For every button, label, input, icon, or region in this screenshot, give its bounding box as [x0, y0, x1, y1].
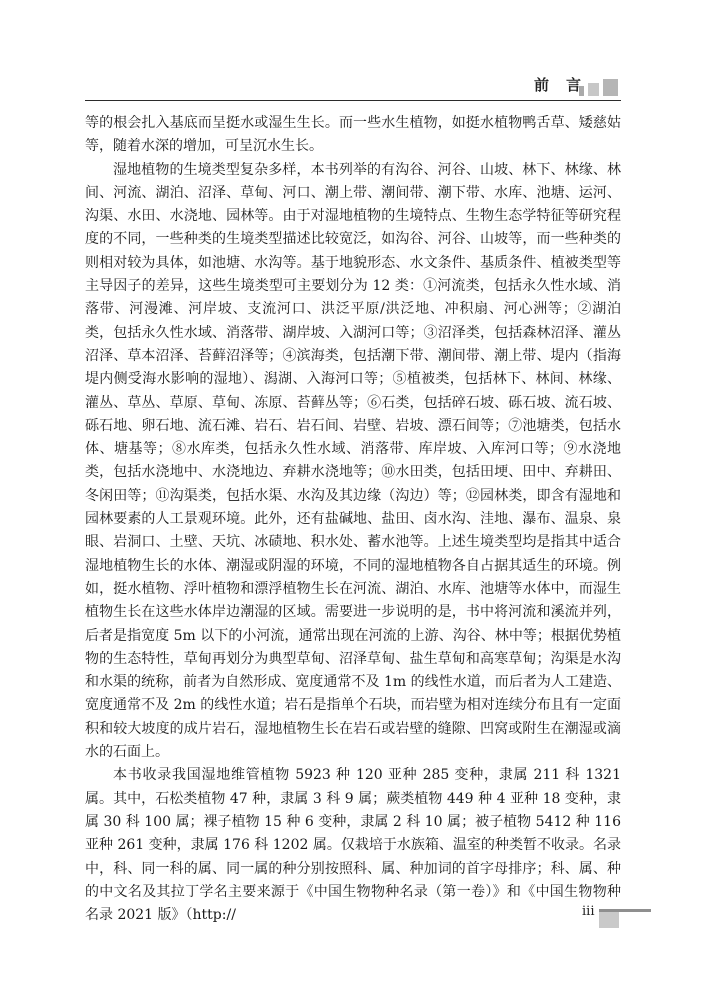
decoration-square-small [579, 86, 584, 96]
header-rule [85, 100, 621, 101]
preface-page: 前 言 等的根会扎入基底而呈挺水或湿生生长。而一些水生植物，如挺水植物鸭舌草、矮… [0, 0, 706, 982]
preface-body: 等的根会扎入基底而呈挺水或湿生生长。而一些水生植物，如挺水植物鸭舌草、矮慈姑等，… [85, 112, 621, 927]
paragraph-habitat-types: 湿地植物的生境类型复杂多样，本书列举的有沟谷、河谷、山坡、林下、林缘、林间、河流… [85, 159, 621, 765]
page-header-title: 前 言 [534, 74, 582, 95]
header-decoration-squares-icon [579, 78, 618, 96]
decoration-square-medium [588, 83, 599, 96]
paragraph-species-statistics: 本书收录我国湿地维管植物 5923 种 120 亚种 285 变种，隶属 211… [85, 764, 621, 927]
page-number: iii [582, 904, 594, 919]
footer-decoration-box [599, 912, 619, 928]
decoration-square-large [603, 79, 618, 96]
footer-decoration-icon [599, 909, 651, 928]
paragraph-continuation: 等的根会扎入基底而呈挺水或湿生生长。而一些水生植物，如挺水植物鸭舌草、矮慈姑等，… [85, 112, 621, 159]
